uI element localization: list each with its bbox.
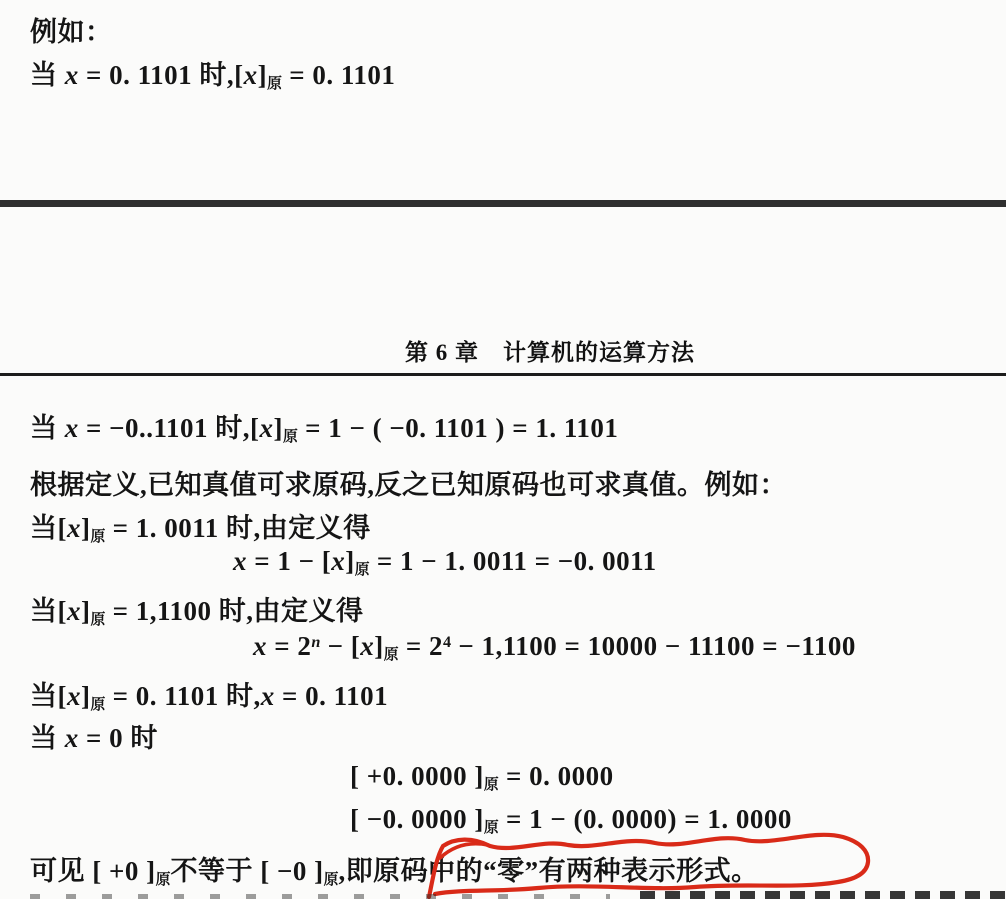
body-formula-2: x = 2n − [x]原 = 24 − 1,1100 = 10000 − 11…: [253, 631, 856, 664]
body-line-1: 当 x = −0..1101 时,[x]原 = 1 − ( −0. 1101 )…: [30, 406, 618, 446]
body-line-8: 当 x = 0 时: [30, 716, 158, 755]
body-line-7: 当[x]原 = 0. 1101 时,x = 0. 1101: [30, 674, 388, 714]
body-line-3: 当[x]原 = 1. 0011 时,由定义得: [30, 506, 371, 546]
heading-rule: [0, 373, 1006, 376]
body-line-11: 可见 [ +0 ]原不等于 [ −0 ]原,即原码中的“零”有两种表示形式。: [30, 849, 759, 889]
body-line-5: 当[x]原 = 1,1100 时,由定义得: [30, 589, 364, 629]
body-formula-4: [ −0. 0000 ]原 = 1 − (0. 0000) = 1. 0000: [350, 804, 792, 837]
example-label: 例如：: [30, 10, 113, 49]
scanned-textbook-page: 例如： 当 x = 0. 1101 时,[x]原 = 0. 1101 第 6 章…: [0, 0, 1006, 899]
chapter-heading: 第 6 章 计算机的运算方法: [94, 334, 1006, 367]
page-divider: [0, 200, 1006, 207]
example-line: 当 x = 0. 1101 时,[x]原 = 0. 1101: [30, 53, 395, 93]
body-formula-3: [ +0. 0000 ]原 = 0. 0000: [350, 761, 614, 794]
body-formula-1: x = 1 − [x]原 = 1 − 1. 0011 = −0. 0011: [233, 546, 657, 579]
body-line-2: 根据定义,已知真值可求原码,反之已知原码也可求真值。例如：: [30, 463, 787, 502]
